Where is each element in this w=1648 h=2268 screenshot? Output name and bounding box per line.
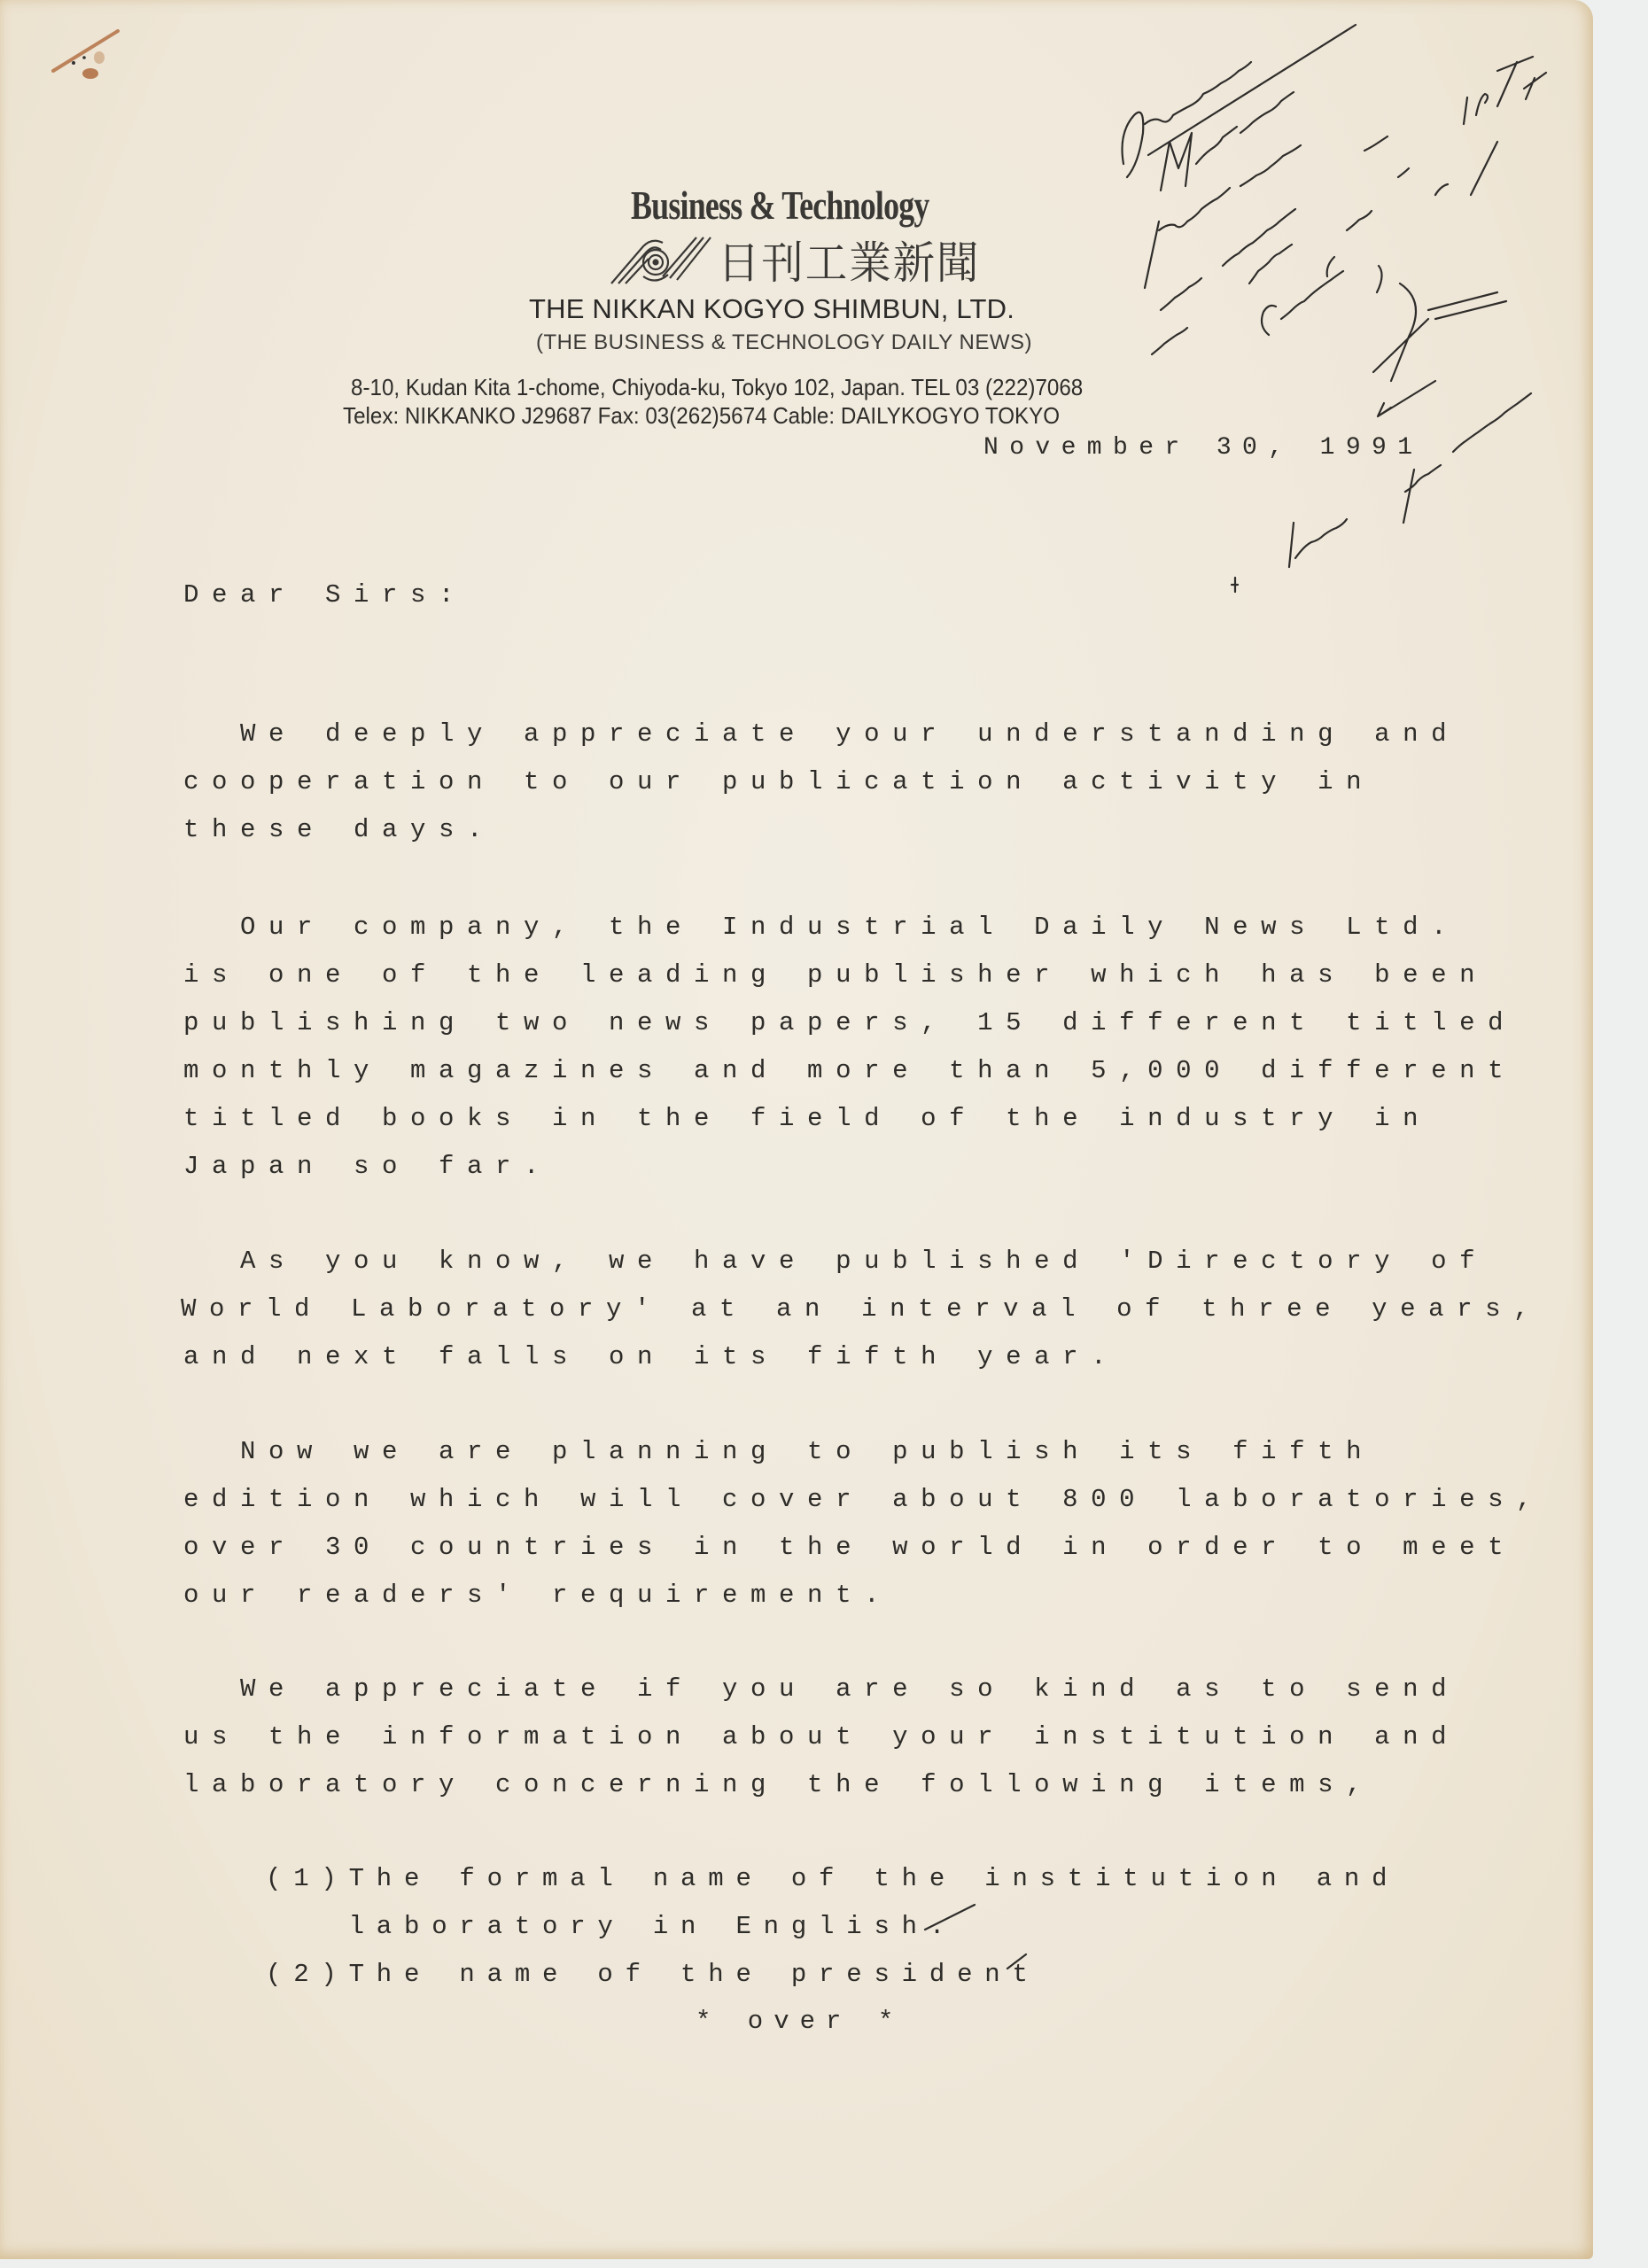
paragraph-line: As you know, we have published 'Director… bbox=[183, 1247, 1488, 1276]
paragraph-line: We deeply appreciate your understanding … bbox=[183, 719, 1459, 749]
contact-line: Telex: NIKKANKO J29687 Fax: 03(262)5674 … bbox=[343, 402, 1060, 430]
brand-english: Business & Technology bbox=[631, 182, 929, 229]
letter-date: November 30, 1991 bbox=[983, 434, 1423, 462]
paragraph-line: edition which will cover about 800 labor… bbox=[183, 1485, 1544, 1514]
paragraph-line: cooperation to our publication activity … bbox=[183, 767, 1374, 796]
paragraph-line: World Laboratory' at an interval of thre… bbox=[181, 1294, 1542, 1324]
brand-japanese: 日刊工業新聞 bbox=[718, 228, 980, 291]
letter-page: Business & Technology 日刊工業新聞 THE NIKKA bbox=[0, 0, 1593, 2259]
address-line: 8-10, Kudan Kita 1-chome, Chiyoda-ku, To… bbox=[351, 374, 1083, 401]
paragraph-line: Our company, the Industrial Daily News L… bbox=[183, 913, 1459, 942]
paragraph-line: our readers' requirement. bbox=[183, 1581, 892, 1610]
paragraph-line: Japan so far. bbox=[183, 1152, 552, 1181]
continuation-marker: * over * bbox=[696, 2007, 904, 2036]
paragraph-line: is one of the leading publisher which ha… bbox=[183, 960, 1488, 990]
stain-mark bbox=[40, 22, 128, 93]
paragraph-line: We appreciate if you are so kind as to s… bbox=[183, 1674, 1459, 1704]
list-item: laboratory in English. bbox=[266, 1912, 957, 1941]
paragraph-line: monthly magazines and more than 5,000 di… bbox=[183, 1056, 1516, 1085]
brand-row: 日刊工業新聞 bbox=[608, 233, 994, 286]
paragraph-line: publishing two news papers, 15 different… bbox=[183, 1008, 1516, 1037]
paragraph-line: and next falls on its fifth year. bbox=[183, 1342, 1119, 1371]
paragraph-line: these days. bbox=[183, 815, 495, 844]
paragraph-line: titled books in the field of the industr… bbox=[183, 1104, 1431, 1133]
paragraph-line: over 30 countries in the world in order … bbox=[183, 1533, 1516, 1562]
list-item: (1)The formal name of the institution an… bbox=[266, 1864, 1399, 1893]
paragraph-line: laboratory concerning the following item… bbox=[183, 1770, 1374, 1799]
salutation: Dear Sirs: bbox=[183, 580, 467, 610]
company-name: THE NIKKAN KOGYO SHIMBUN, LTD. bbox=[529, 293, 1014, 325]
paragraph-line: us the information about your institutio… bbox=[183, 1722, 1459, 1751]
paragraph-line: Now we are planning to publish its fifth bbox=[183, 1437, 1374, 1466]
company-subtitle: (THE BUSINESS & TECHNOLOGY DAILY NEWS) bbox=[536, 330, 1032, 355]
company-logo-icon bbox=[608, 234, 712, 285]
list-item: (2)The name of the president bbox=[266, 1960, 1040, 1989]
